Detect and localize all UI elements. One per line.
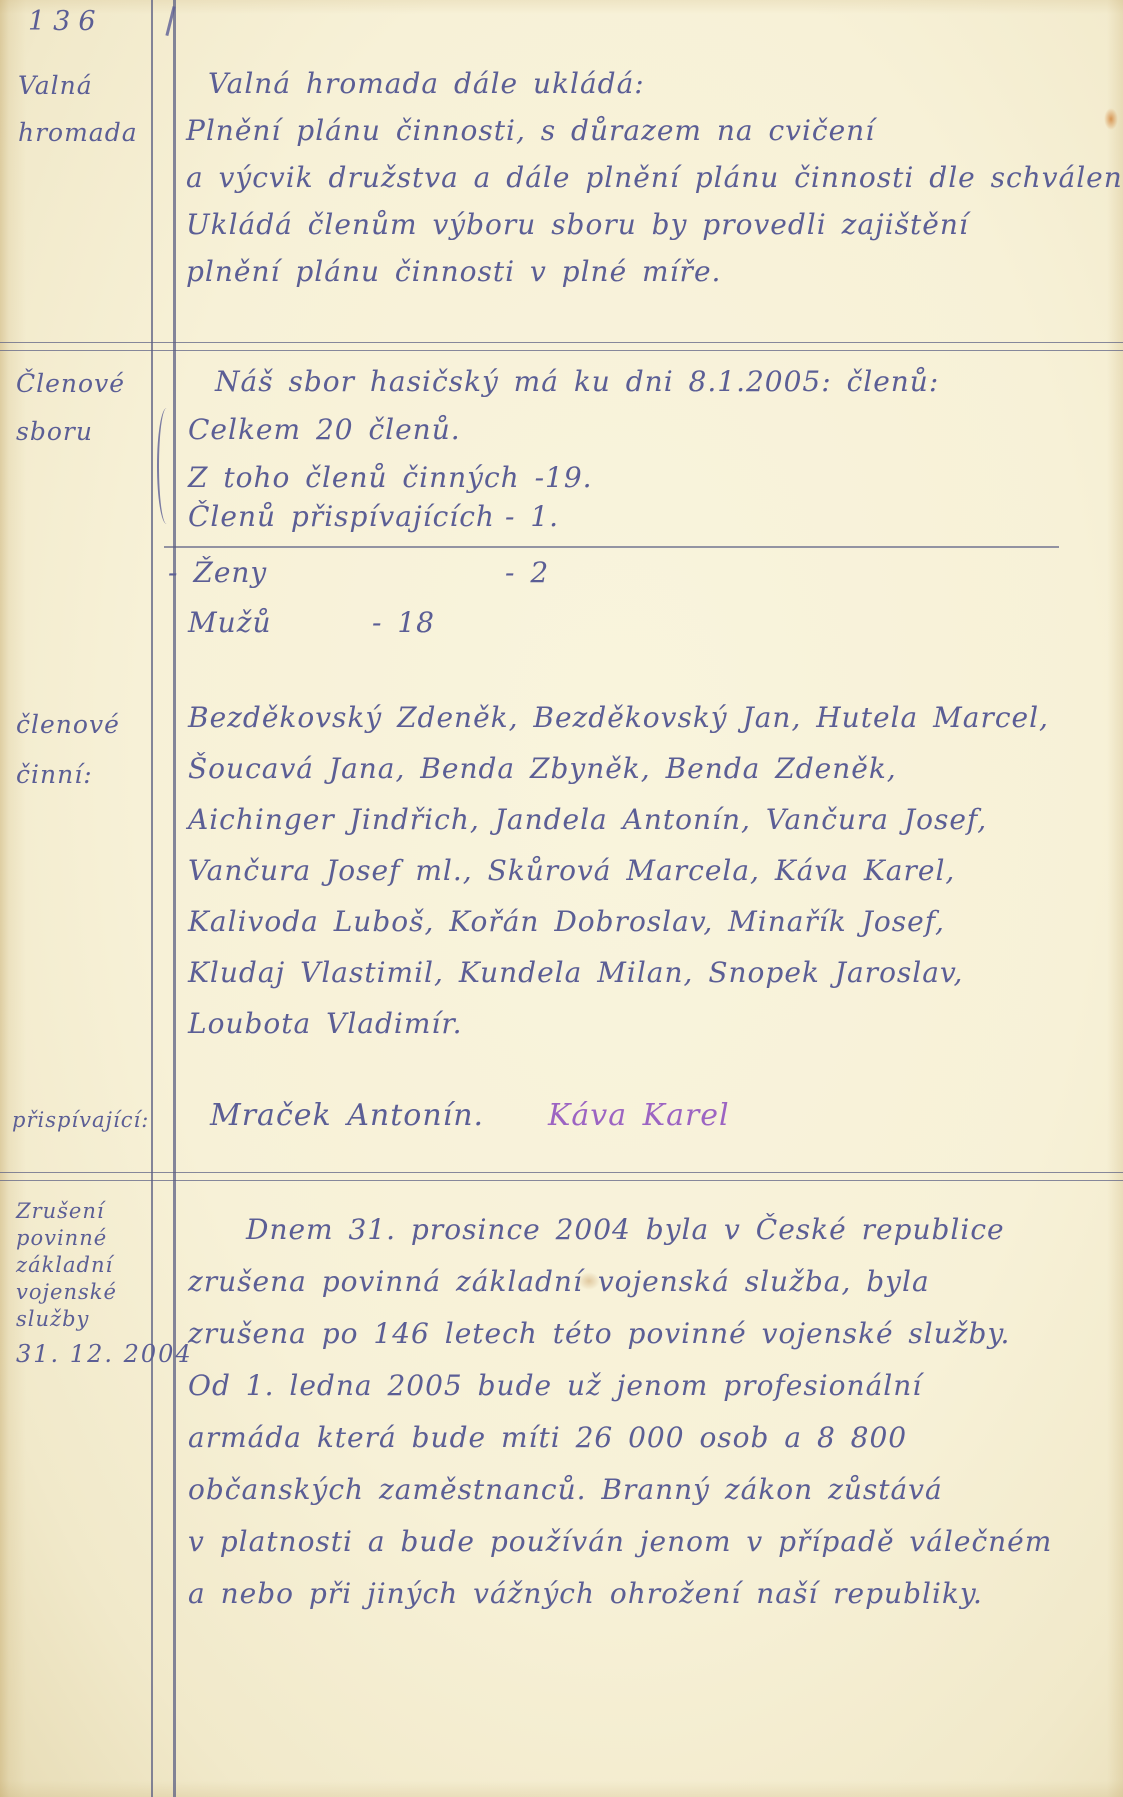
margin-note-line: služby [16,1306,117,1333]
handwritten-line: armáda která bude míti 26 000 osob a 8 8… [188,1412,1052,1464]
contributing-member-name: Mraček Antonín. [210,1098,484,1133]
margin-note-clenove-sboru: Členové sboru [16,360,125,456]
handwritten-line: Celkem 20 členů. [188,406,939,454]
handwritten-line: Z toho členů činných -19. [188,454,939,502]
handwritten-line: Od 1. ledna 2005 bude už jenom profesion… [188,1360,1052,1412]
margin-note-line: Zrušení [16,1198,117,1225]
margin-note-line: povinné [16,1225,117,1252]
stat-label: - Ženy [168,556,267,589]
horizontal-rule-top-double [0,342,1123,351]
handwritten-line: Náš sbor hasičský má ku dni 8.1.2005: čl… [188,358,939,406]
scanned-chronicle-page: 136 Valná hromada Členové sboru členové … [0,0,1123,1797]
handwritten-line: zrušena povinná základní vojenská služba… [188,1256,1052,1308]
member-list-line: Kalivoda Luboš, Kořán Dobroslav, Minařík… [188,896,1049,947]
handwritten-line: plnění plánu činnosti v plné míře. [186,248,1123,295]
member-list-line: Kludaj Vlastimil, Kundela Milan, Snopek … [188,947,1049,998]
margin-note-line: vojenské [16,1279,117,1306]
margin-note-zruseni-date: 31. 12. 2004 [16,1340,193,1368]
member-list-line: Aichinger Jindřich, Jandela Antonín, Van… [188,794,1049,845]
handwritten-line: Plnění plánu činnosti, s důrazem na cvič… [186,107,1123,154]
margin-note-clenove-cinni: členové činní: [16,700,120,800]
horizontal-rule-members [164,546,1059,548]
margin-note-line: základní [16,1252,117,1279]
contributing-member-name-added: Káva Karel [548,1098,730,1133]
margin-note-line: Valná [18,62,138,109]
page-number: 136 [28,6,104,37]
margin-note-valna-hromada: Valná hromada [18,62,138,156]
stat-value: - 18 [372,606,435,639]
margin-note-line: členové [16,700,120,750]
handwritten-line: a výcvik družstva a dále plnění plánu či… [186,154,1123,201]
handwritten-line: občanských zaměstnanců. Branný zákon zůs… [188,1464,1052,1516]
vertical-rule-outer [151,0,153,1797]
handwritten-line: v platnosti a bude používán jenom v příp… [188,1516,1052,1568]
margin-note-prispivajici: přispívající: [12,1108,149,1132]
horizontal-rule-bottom-double [0,1172,1123,1181]
stat-value: - 1. [505,500,559,533]
section-clenove-cinni: Bezděkovský Zdeněk, Bezděkovský Jan, Hut… [188,692,1049,1049]
margin-note-zruseni: Zrušení povinné základní vojenské služby [16,1198,117,1333]
section-clenove-sboru: Náš sbor hasičský má ku dni 8.1.2005: čl… [188,358,939,502]
margin-note-line: činní: [16,750,120,800]
stat-value: - 2 [505,556,549,589]
section-valna-hromada: Valná hromada dále ukládá: Plnění plánu … [186,60,1123,295]
handwritten-line: zrušena po 146 letech této povinné vojen… [188,1308,1052,1360]
stat-label: Členů přispívajících [188,500,495,533]
member-list-line: Šoucavá Jana, Benda Zbyněk, Benda Zdeněk… [188,743,1049,794]
margin-note-line: hromada [18,109,138,156]
member-list-line: Vančura Josef ml., Skůrová Marcela, Káva… [188,845,1049,896]
margin-note-line: Členové [16,360,125,408]
section-zruseni: Dnem 31. prosince 2004 byla v České repu… [188,1204,1052,1620]
margin-note-line: přispívající: [12,1108,149,1132]
vertical-rule-inner [173,0,176,1797]
handwritten-line: Ukládá členům výboru sboru by provedli z… [186,201,1123,248]
margin-brace-mark [157,408,173,524]
stat-label: Mužů [188,606,272,639]
member-list-line: Loubota Vladimír. [188,998,1049,1049]
handwritten-line: Valná hromada dále ukládá: [186,60,1123,107]
handwritten-line: Dnem 31. prosince 2004 byla v České repu… [188,1204,1052,1256]
margin-note-line: sboru [16,408,125,456]
handwritten-line: a nebo při jiných vážných ohrožení naší … [188,1568,1052,1620]
member-list-line: Bezděkovský Zdeněk, Bezděkovský Jan, Hut… [188,692,1049,743]
